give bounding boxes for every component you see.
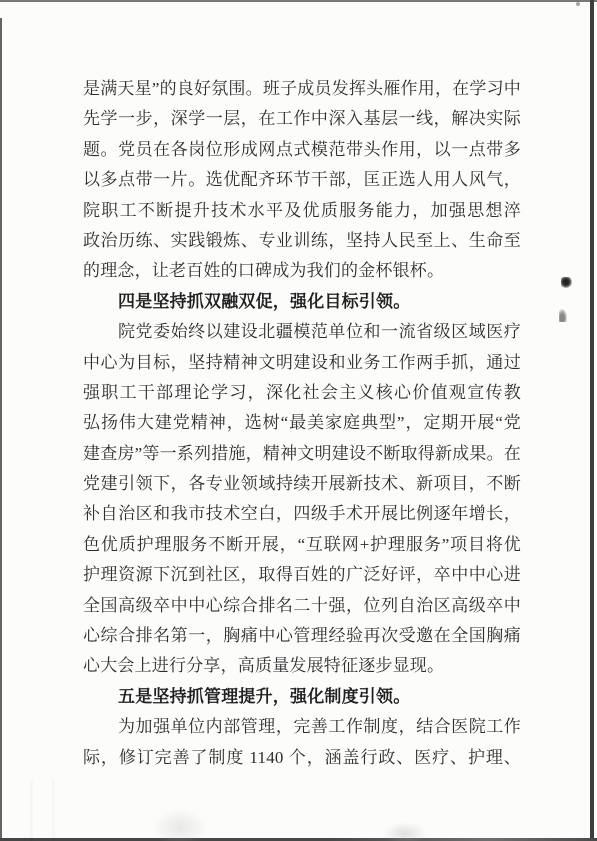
scanned-document-page: 是满天星”的良好氛围。班子成员发挥头雁作用，在学习中先学一步，深学一层，在工作中… [0, 0, 597, 841]
text-line: 心综合排名第一，胸痛中心管理经验再次受邀在全国胸痛中 [83, 621, 521, 651]
text-line: 题。党员在各岗位形成网点式模范带头作用，以一点带多点， [83, 135, 521, 165]
text-line: 补自治区和我市技术空白，四级手术开展比例逐年增长，特 [83, 499, 521, 529]
text-line: 先学一步，深学一层，在工作中深入基层一线，解决实际问 [83, 104, 521, 134]
text-line: 护理资源下沉到社区，取得百姓的广泛好评，卒中中心进入 [83, 560, 521, 590]
text-line: 的理念，让老百姓的口碑成为我们的金杯银杯。 [83, 256, 521, 286]
scan-edge-left [0, 18, 2, 841]
text-line: 心大会上进行分享，高质量发展特征逐步显现。 [83, 651, 521, 681]
text-line: 政治历练、实践锻炼、专业训练，坚持人民至上、生命至上 [83, 226, 521, 256]
text-line: 色优质护理服务不断开展，“互联网+护理服务”项目将优质 [83, 530, 521, 560]
text-line: 是满天星”的良好氛围。班子成员发挥头雁作用，在学习中 [83, 74, 521, 104]
text-line: 强职工干部理论学习，深化社会主义核心价值观宣传教育， [83, 378, 521, 408]
text-line: 全国高级卒中中心综合排名二十强，位列自治区高级卒中中 [83, 591, 521, 621]
scan-smudge [30, 780, 33, 841]
text-line: 建查房”等一系列措施，精神文明建设不断取得新成果。在 [83, 439, 521, 469]
text-line: 院职工不断提升技术水平及优质服务能力，加强思想淬炼、 [83, 196, 521, 226]
text-line: 院党委始终以建设北疆模范单位和一流省级区域医疗 [83, 317, 521, 347]
heading-line: 四是坚持抓双融双促，强化目标引领。 [83, 287, 521, 317]
heading-line: 五是坚持抓管理提升，强化制度引领。 [83, 682, 521, 712]
text-line: 中心为目标，坚持精神文明建设和业务工作两手抓，通过加 [83, 348, 521, 378]
scan-smudge [383, 822, 427, 841]
ink-speck [576, 2, 580, 6]
text-line: 以多点带一片。选优配齐环节干部，匡正选人用人风气，全 [83, 165, 521, 195]
ink-speck [561, 277, 572, 288]
ink-speck [559, 309, 567, 322]
scan-edge-right [590, 0, 594, 841]
scan-smudge [152, 808, 208, 841]
text-line: 际，修订完善了制度 1140 个，涵盖行政、医疗、护理、财 [83, 743, 521, 773]
text-line: 党建引领下，各专业领域持续开展新技术、新项目，不断填 [83, 469, 521, 499]
scan-smudge [52, 780, 55, 841]
text-line: 为加强单位内部管理，完善工作制度，结合医院工作实 [83, 712, 521, 742]
text-line: 弘扬伟大建党精神，选树“最美家庭典型”，定期开展“党 [83, 408, 521, 438]
document-text: 是满天星”的良好氛围。班子成员发挥头雁作用，在学习中先学一步，深学一层，在工作中… [83, 74, 521, 773]
scan-edge-top [0, 0, 597, 2]
